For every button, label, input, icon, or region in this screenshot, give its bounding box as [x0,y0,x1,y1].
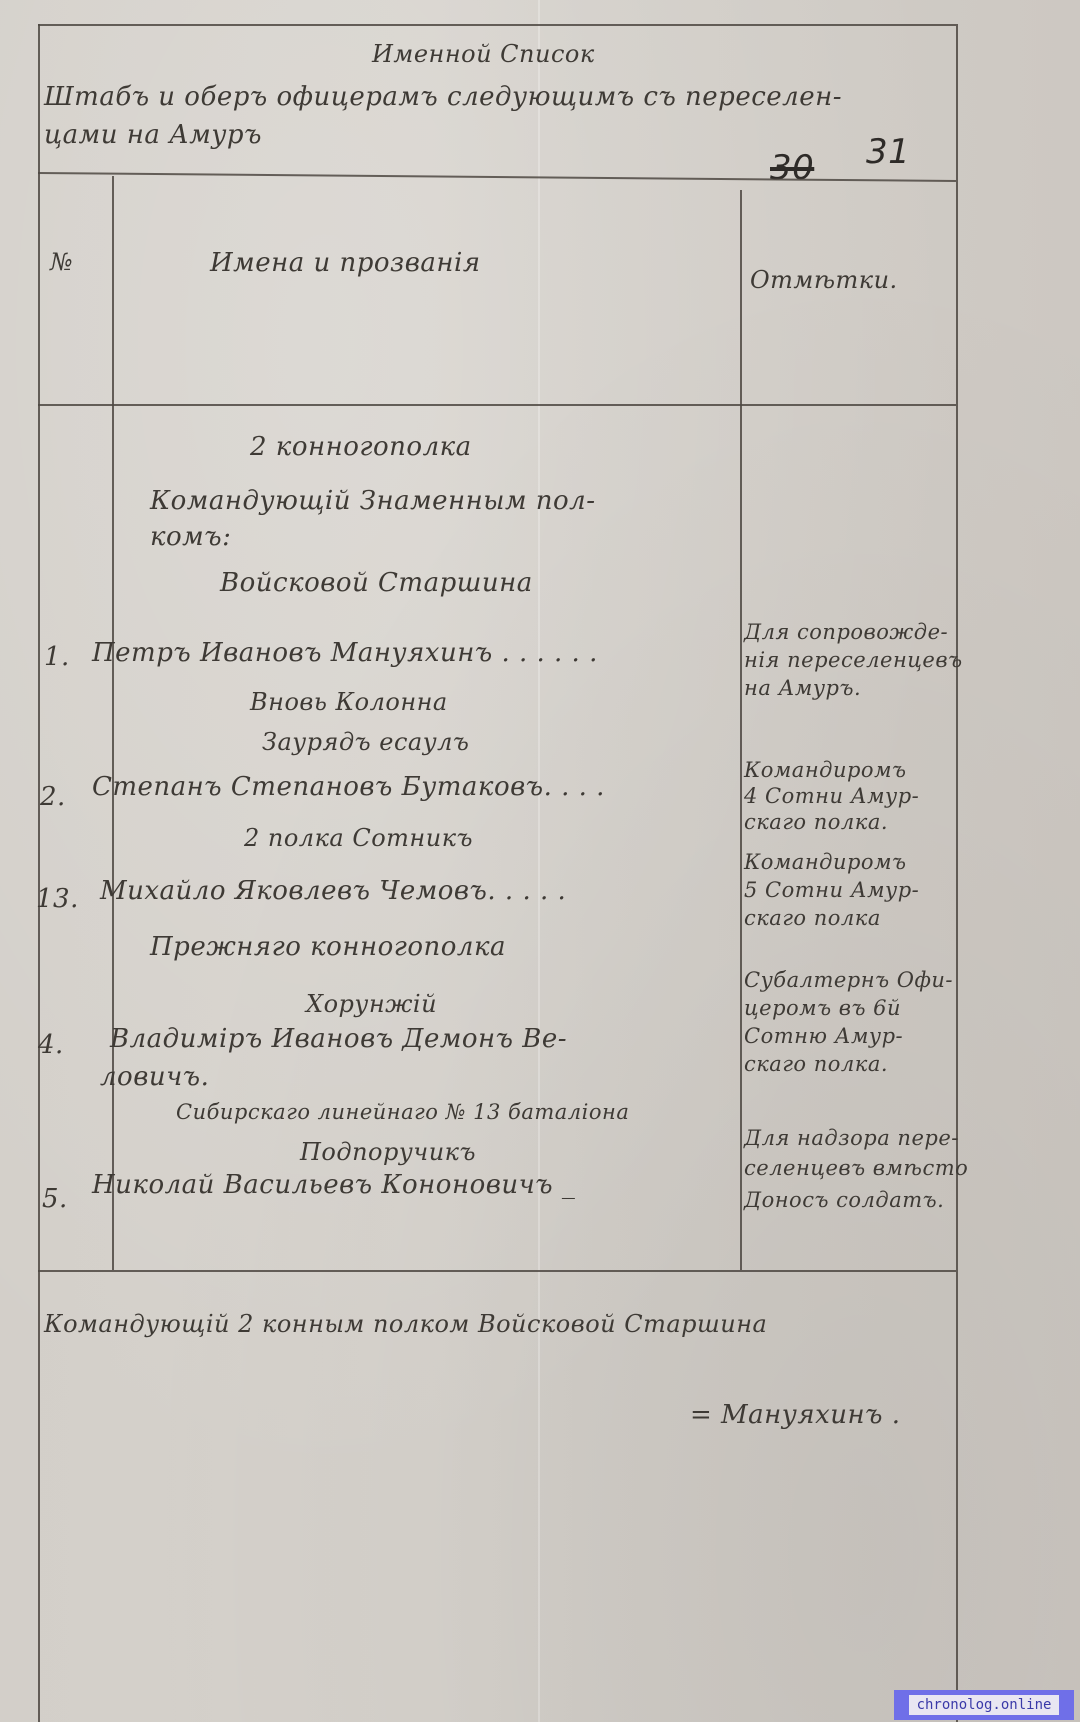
signature: = Мануяхинъ . [690,1400,901,1430]
header-remarks: Отмѣтки. [750,266,898,294]
entry-number: 4. [38,1030,64,1060]
entry-pre-heading: Сибирскаго линейнаго № 13 баталіона [176,1100,629,1124]
entry-remark-line: Доносъ солдатъ. [744,1188,944,1212]
entry-name-line-2: ловичъ. [100,1062,209,1092]
entry-number: 5. [42,1184,68,1214]
entry-remark-line: Для надзора пере- [744,1126,959,1150]
entry-remark-line: скаго полка. [744,810,888,834]
watermark-badge: chronolog.online [894,1690,1074,1720]
document-subtitle-line-1: Штабъ и оберъ офицерамъ следующимъ съ пе… [44,82,842,112]
section-commander-heading-1: Командующій Знаменным пол- [150,486,596,516]
entry-remark-line: Субалтернъ Офи- [744,968,953,992]
entry-remark-line: 5 Сотни Амур- [744,878,919,902]
entry-remark-line: Для сопровожде- [744,620,948,644]
entry-remark-line: скаго полка. [744,1052,888,1076]
entry-remark-line: 4 Сотни Амур- [744,784,919,808]
entry-rank: Подпоручикъ [300,1138,476,1166]
column-divider-remarks [740,190,742,1270]
entry-remark-line: церомъ въ 6й [744,996,901,1020]
watermark-text: chronolog.online [909,1695,1060,1715]
entry-name-line-1: Владиміръ Ивановъ Демонъ Ве- [110,1024,567,1054]
section-regiment-heading: 2 конногополка [250,432,472,462]
entry-name: Михайло Яковлевъ Чемовъ. . . . . [100,876,566,906]
frame-left-line [38,24,40,1722]
folio-number-crossed: 30 [770,148,814,188]
entry-remark-line: скаго полка [744,906,881,930]
entry-name: Николай Васильевъ Кононовичъ _ [92,1170,575,1200]
entry-remark-line: Сотню Амур- [744,1024,903,1048]
document-subtitle-line-2: цами на Амуръ [44,120,262,150]
column-divider-number [112,176,114,1270]
entry-number: 13. [36,884,79,914]
entry-remark-line: нія переселенцевъ [744,648,963,672]
entry-rank: Заурядъ есаулъ [262,728,469,756]
entry-remark-line: на Амуръ. [744,676,861,700]
header-number: № [50,248,73,276]
signature-caption: Командующій 2 конным полком Войсковой Ст… [44,1310,767,1338]
entry-name: Петръ Ивановъ Мануяхинъ . . . . . . [92,638,598,668]
entry-remark-line: селенцевъ вмѣсто [744,1156,968,1180]
entry-rank: 2 полка Сотникъ [244,824,473,852]
document-title: Именной Список [372,40,595,68]
header-bottom-line [38,404,956,406]
table-bottom-line [38,1270,956,1272]
paper-fold [538,0,540,1722]
entry-number: 1. [44,642,70,672]
entry-remark-line: Командиромъ [744,850,907,874]
folio-number: 31 [866,132,910,172]
header-name: Имена и прозванія [210,248,481,278]
entry-remark-line: Командиромъ [744,758,907,782]
entry-name: Степанъ Степановъ Бутаковъ. . . . [92,772,605,802]
entry-pre-heading: Прежняго конногополка [150,932,506,962]
frame-right-line [956,24,958,1722]
entry-pre-heading: Вновь Колонна [250,688,448,716]
section-commander-heading-2: комъ: [150,522,231,552]
rank-heading: Войсковой Старшина [220,568,533,598]
document-page [0,0,1080,1722]
frame-top-line [38,24,956,26]
entry-number: 2. [40,782,66,812]
entry-rank: Хорунжій [306,990,437,1018]
